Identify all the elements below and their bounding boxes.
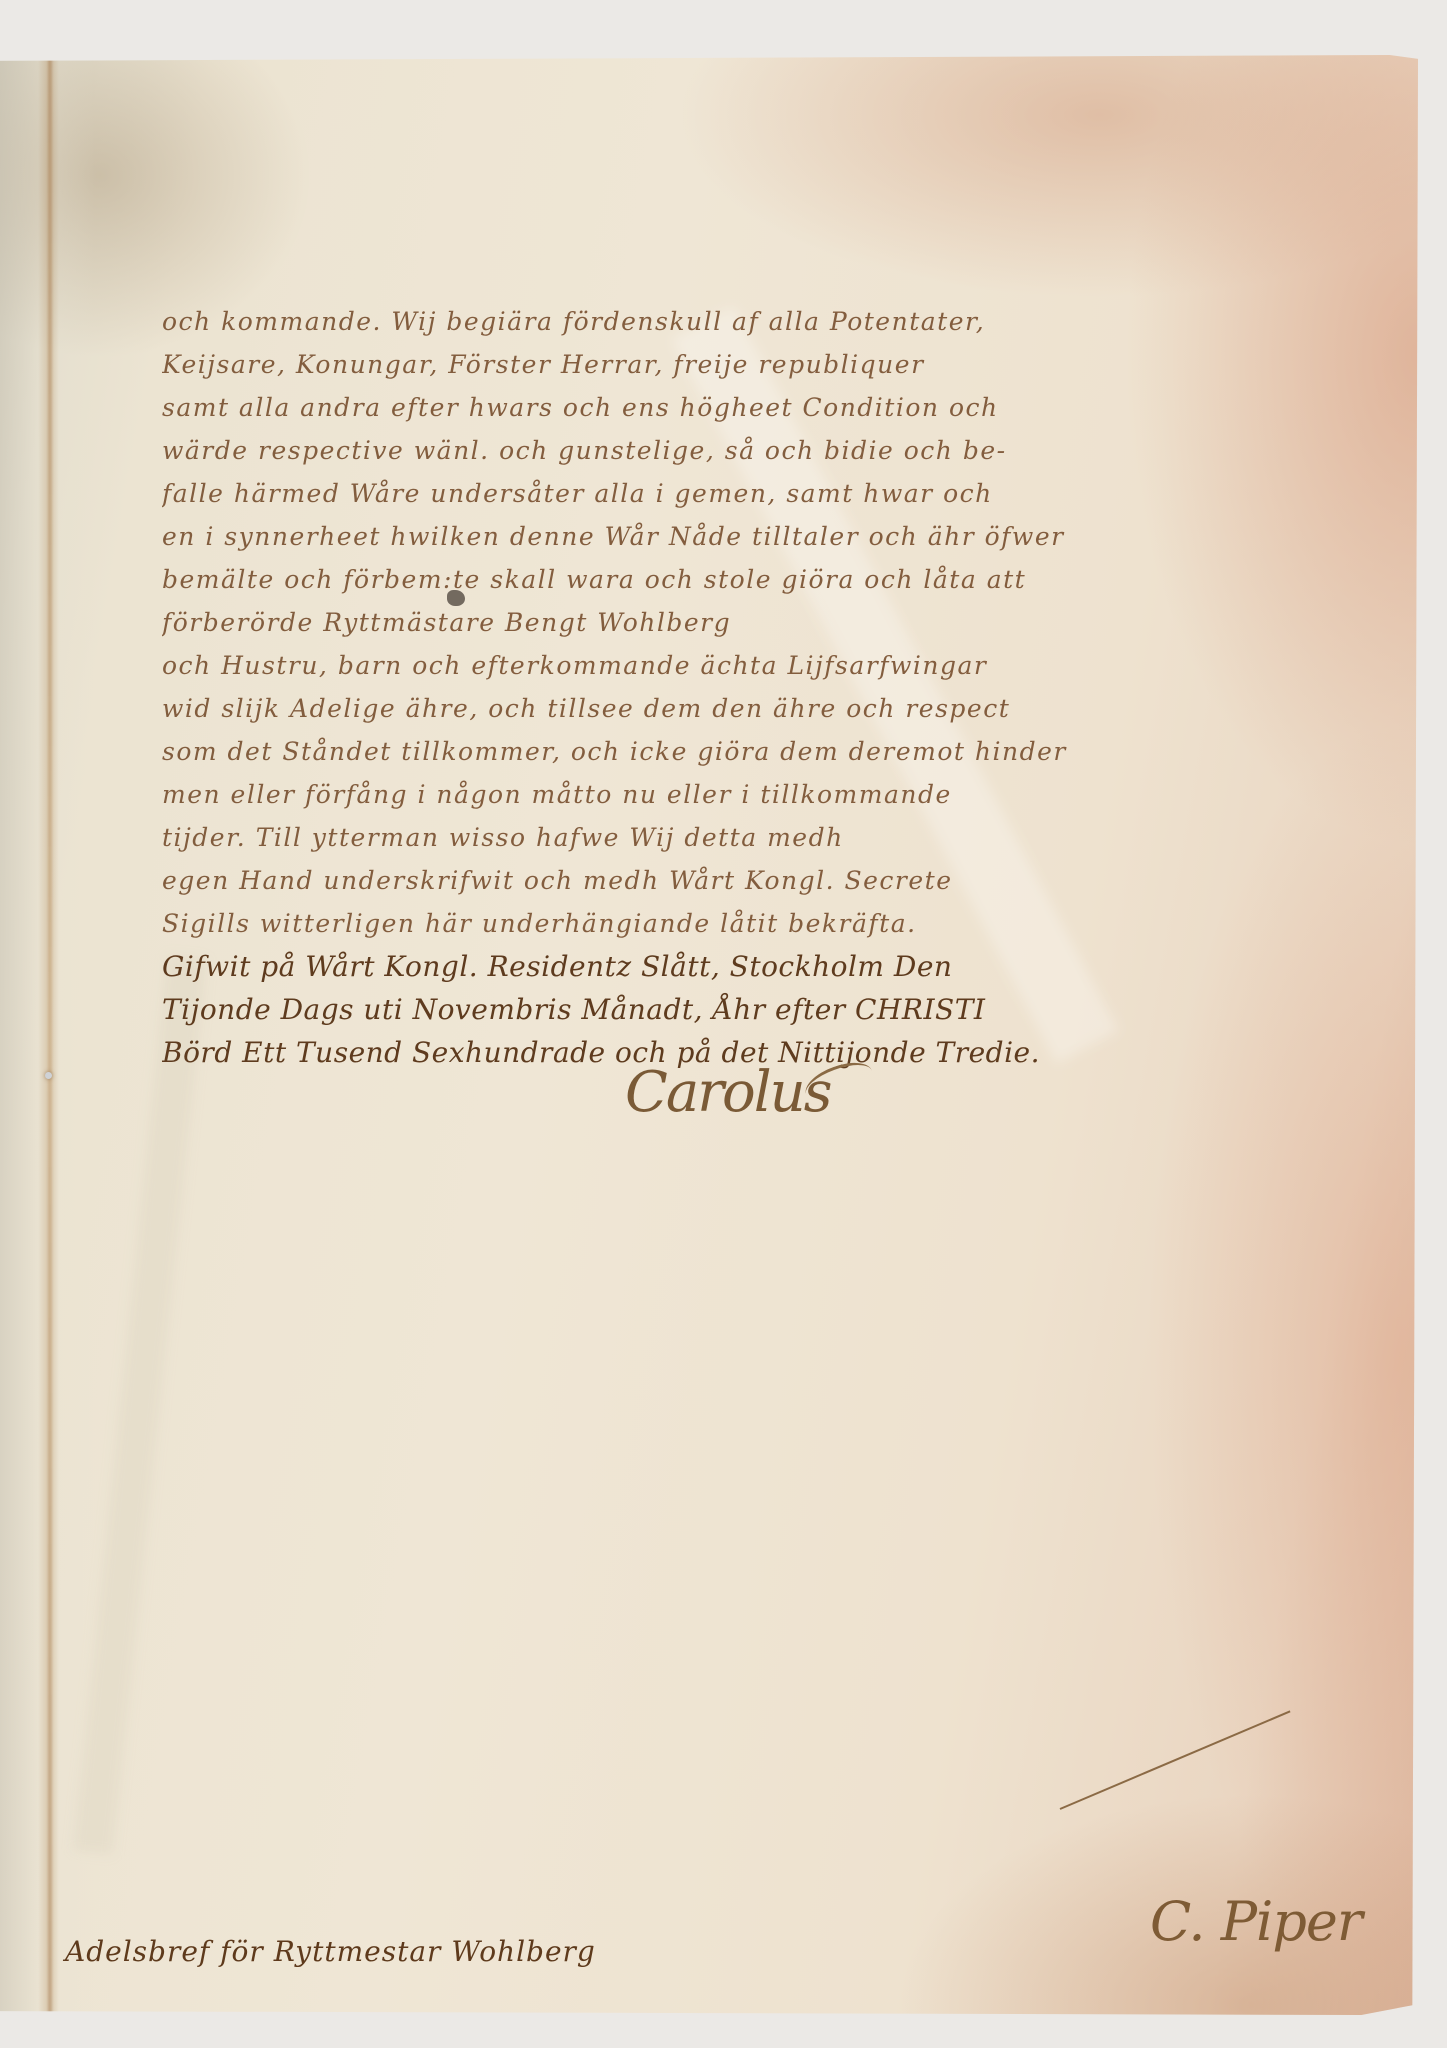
royal-signature: Carolus: [625, 1060, 830, 1125]
text-line: Keijsare, Konungar, Förster Herrar, frei…: [162, 343, 1152, 386]
dating-clause-line: Tijonde Dags uti Novembris Månadt, Åhr e…: [162, 988, 1152, 1031]
text-line: wid slijk Adelige ähre, och tillsee dem …: [162, 687, 1152, 730]
text-line-with-name: förberörde Ryttmästare Bengt Wohlberg: [162, 601, 1152, 644]
document-body: och kommande. Wij begiära fördenskull af…: [162, 300, 1152, 1074]
text-line: Sigills witterligen här underhängiande l…: [162, 902, 1152, 945]
pin-hole: [45, 1072, 52, 1079]
text-line: samt alla andra efter hwars och ens högh…: [162, 386, 1152, 429]
text-line: och kommande. Wij begiära fördenskull af…: [162, 300, 1152, 343]
text-line: egen Hand underskrifwit och medh Wårt Ko…: [162, 859, 1152, 902]
text-line: bemälte och förbem:te skall wara och sto…: [162, 558, 1152, 601]
text-line: falle härmed Wåre undersåter alla i geme…: [162, 472, 1152, 515]
text-line: som det Ståndet tillkommer, och icke giö…: [162, 730, 1152, 773]
countersignature: C. Piper: [1150, 1890, 1362, 1953]
text-line: en i synnerheet hwilken denne Wår Nåde t…: [162, 515, 1152, 558]
text-line: tijder. Till ytterman wisso hafwe Wij de…: [162, 816, 1152, 859]
text-line: och Hustru, barn och efterkommande ächta…: [162, 644, 1152, 687]
text-line: men eller förfång i någon måtto nu eller…: [162, 773, 1152, 816]
document-scan: och kommande. Wij begiära fördenskull af…: [0, 0, 1447, 2048]
endorsement-note: Adelsbref för Ryttmestar Wohlberg: [65, 1935, 596, 1968]
text-line: wärde respective wänl. och gunstelige, s…: [162, 429, 1152, 472]
dating-clause-line: Gifwit på Wårt Kongl. Residentz Slått, S…: [162, 945, 1152, 988]
fold-line: [48, 55, 52, 2015]
